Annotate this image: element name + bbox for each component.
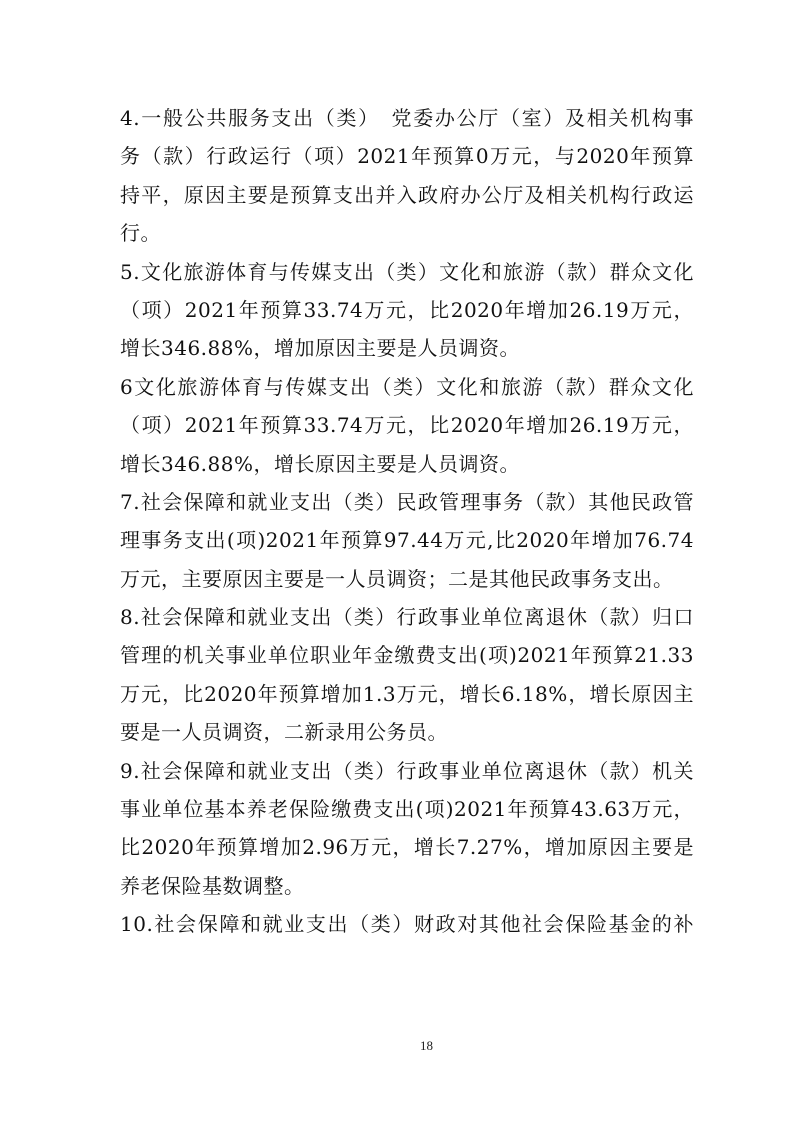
text-line: （项）2021年预算33.74万元，比2020年增加26.19万元， (120, 291, 694, 329)
text-line: 管理的机关事业单位职业年金缴费支出(项)2021年预算21.33 (120, 636, 694, 674)
text-line: 增长346.88%，增长原因主要是人员调资。 (120, 445, 694, 483)
text-line: 养老保险基数调整。 (120, 867, 694, 905)
text-line: 增长346.88%，增加原因主要是人员调资。 (120, 329, 694, 367)
text-line: 比2020年预算增加2.96万元，增长7.27%，增加原因主要是 (120, 828, 694, 866)
page-number: 18 (30, 1038, 793, 1054)
text-line: 8.社会保障和就业支出（类）行政事业单位离退休（款）归口 (120, 598, 694, 636)
text-line: 务（款）行政运行（项）2021年预算0万元，与2020年预算 (120, 137, 694, 175)
paragraph-8: 8.社会保障和就业支出（类）行政事业单位离退休（款）归口 管理的机关事业单位职业… (120, 598, 694, 752)
text-line: 6文化旅游体育与传媒支出（类）文化和旅游（款）群众文化 (120, 368, 694, 406)
text-line: 9.社会保障和就业支出（类）行政事业单位离退休（款）机关 (120, 752, 694, 790)
text-line: 5.文化旅游体育与传媒支出（类）文化和旅游（款）群众文化 (120, 253, 694, 291)
paragraph-7: 7.社会保障和就业支出（类）民政管理事务（款）其他民政管 理事务支出(项)202… (120, 483, 694, 598)
paragraph-6: 6文化旅游体育与传媒支出（类）文化和旅游（款）群众文化 （项）2021年预算33… (120, 368, 694, 483)
document-page: 4.一般公共服务支出（类） 党委办公厅（室）及相关机构事 务（款）行政运行（项）… (0, 0, 793, 1122)
body-text: 4.一般公共服务支出（类） 党委办公厅（室）及相关机构事 务（款）行政运行（项）… (120, 99, 694, 944)
text-line: 4.一般公共服务支出（类） 党委办公厅（室）及相关机构事 (120, 99, 694, 137)
text-line: 持平，原因主要是预算支出并入政府办公厅及相关机构行政运 (120, 176, 694, 214)
text-line: 要是一人员调资，二新录用公务员。 (120, 713, 694, 751)
text-line: 10.社会保障和就业支出（类）财政对其他社会保险基金的补 (120, 905, 694, 943)
paragraph-9: 9.社会保障和就业支出（类）行政事业单位离退休（款）机关 事业单位基本养老保险缴… (120, 752, 694, 906)
text-line: 万元，主要原因主要是一人员调资；二是其他民政事务支出。 (120, 560, 694, 598)
paragraph-5: 5.文化旅游体育与传媒支出（类）文化和旅游（款）群众文化 （项）2021年预算3… (120, 253, 694, 368)
text-line: 万元，比2020年预算增加1.3万元，增长6.18%，增长原因主 (120, 675, 694, 713)
text-line: 事业单位基本养老保险缴费支出(项)2021年预算43.63万元， (120, 790, 694, 828)
text-line: 行。 (120, 214, 694, 252)
text-line: （项）2021年预算33.74万元，比2020年增加26.19万元， (120, 406, 694, 444)
text-line: 理事务支出(项)2021年预算97.44万元,比2020年增加76.74 (120, 521, 694, 559)
paragraph-4: 4.一般公共服务支出（类） 党委办公厅（室）及相关机构事 务（款）行政运行（项）… (120, 99, 694, 253)
text-line: 7.社会保障和就业支出（类）民政管理事务（款）其他民政管 (120, 483, 694, 521)
paragraph-10: 10.社会保障和就业支出（类）财政对其他社会保险基金的补 (120, 905, 694, 943)
